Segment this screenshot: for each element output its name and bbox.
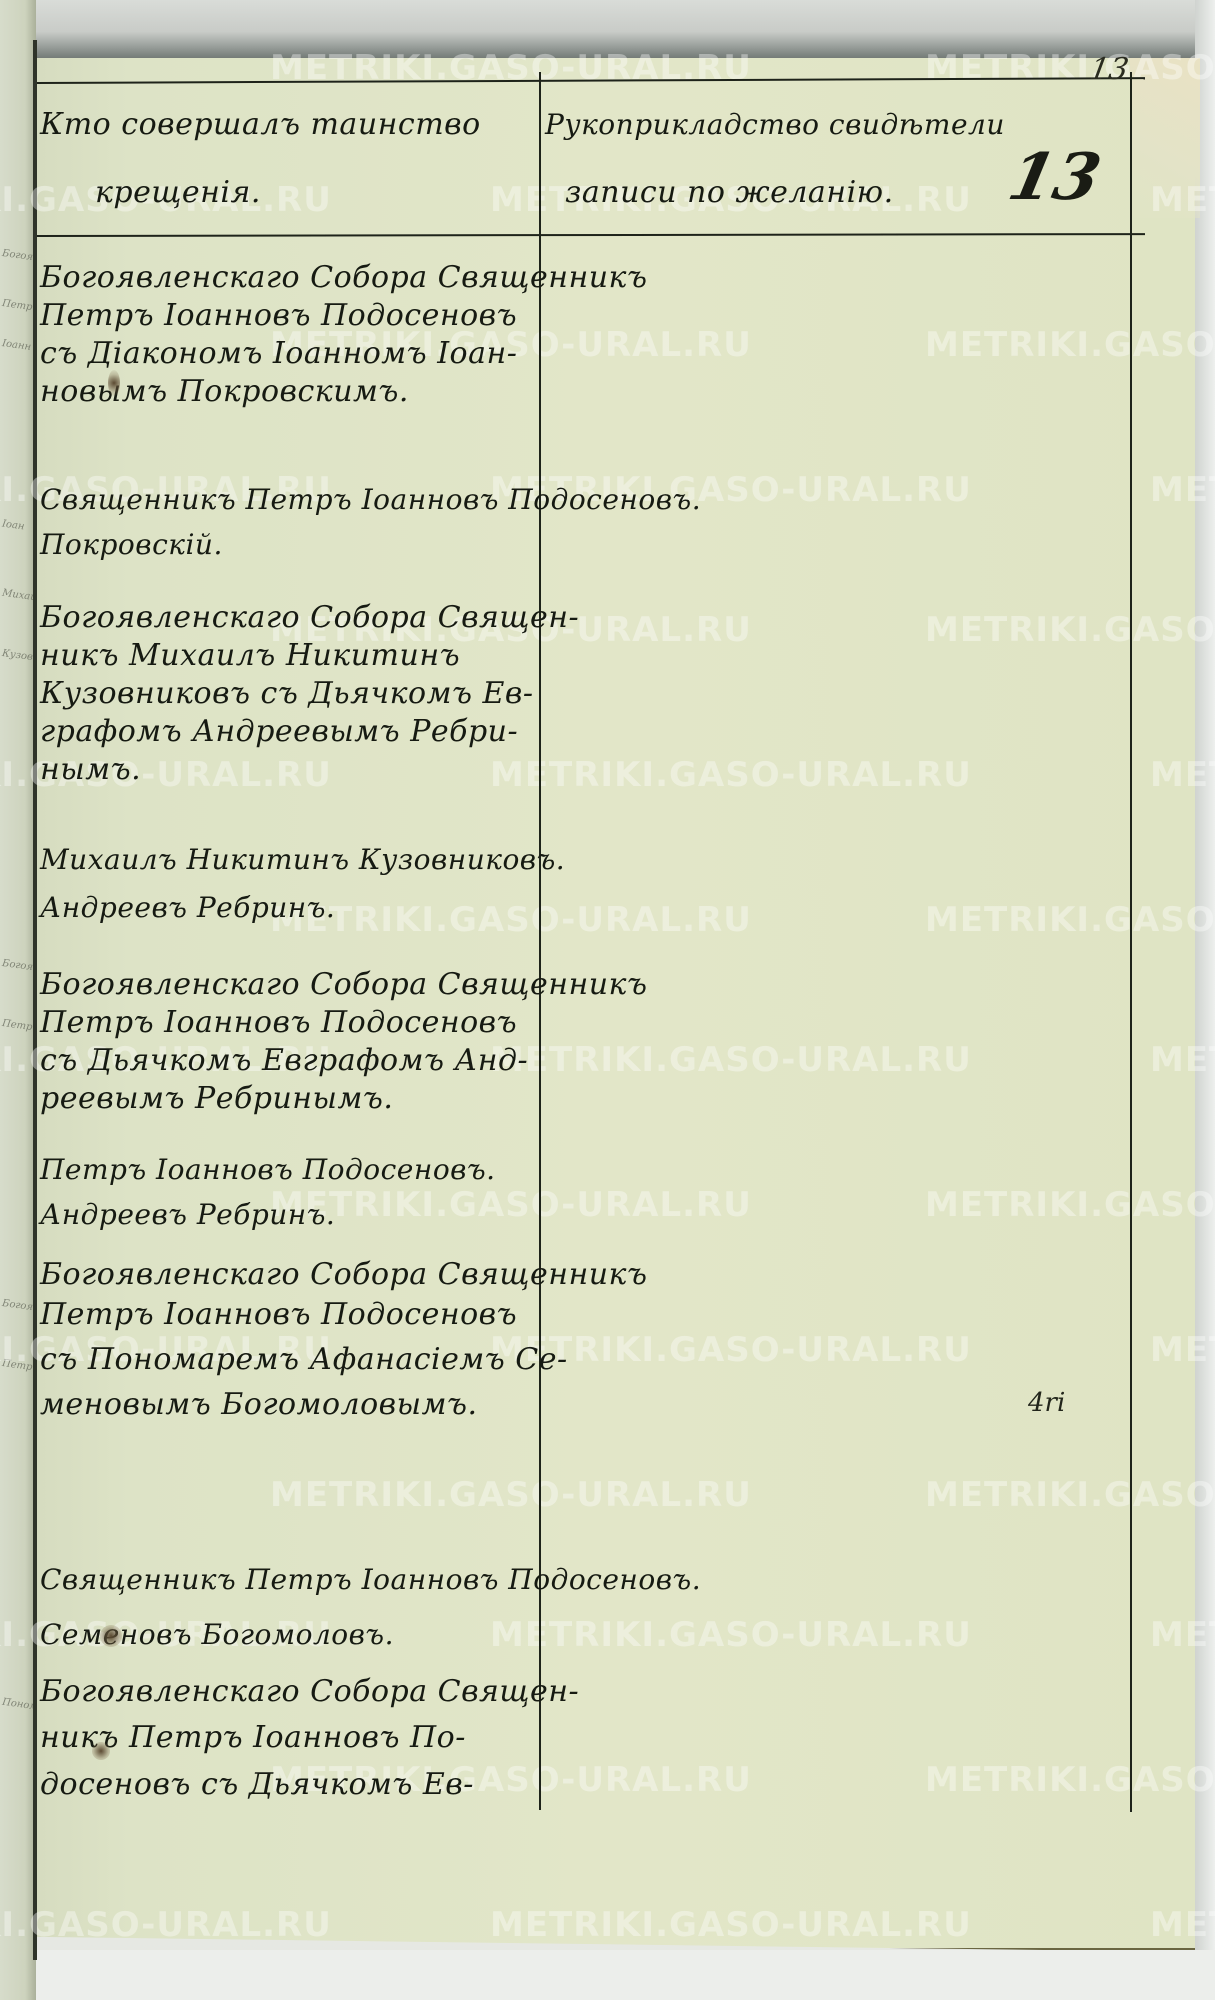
scan-right-background [1195,0,1215,2000]
entry-line: реевымъ Ребринымъ. [40,1079,393,1119]
header-col2-line1: Рукоприкладство свидѣтели [545,92,1005,158]
entry-line: съ Діакономъ Іоанномъ Іоан- [40,334,517,374]
header-col1-line2: крещенія. [95,160,261,226]
table-right-border [1130,72,1132,1812]
entry-line: новымъ Покровскимъ. [40,372,409,412]
facing-page-edge: Богоя Петр Іоанн Іоан Михаи Кузов Богоя … [0,0,36,2000]
entry-line: Петръ Іоанновъ Подосеновъ [40,296,517,336]
entry-line: меновымъ Богомоловымъ. [40,1385,477,1425]
entry-line: Богоявленскаго Собора Священникъ [40,965,647,1005]
folio-number: 13 [1087,52,1131,87]
signature-line: Андреевъ Ребринъ. [40,1195,335,1235]
binding-gutter [33,40,37,1960]
entry-line: Богоявленскаго Собора Священникъ [40,1255,647,1295]
ink-stain [92,1742,110,1760]
entry-line: съ Пономаремъ Афанасіемъ Се- [40,1340,568,1380]
witness-note: 4ri [1028,1388,1065,1418]
entry-line: Богоявленскаго Собора Священникъ [40,258,647,298]
entry-line: досеновъ съ Дьячкомъ Ев- [40,1765,474,1805]
entry-line: графомъ Андреевымъ Ребри- [40,712,518,752]
signature-line: Андреевъ Ребринъ. [40,888,335,928]
header-col2-line2: записи по желанію. [565,160,894,226]
signature-line: Покровскій. [40,525,223,565]
entry-line: никъ Михаилъ Никитинъ [40,636,460,676]
entry-line: Петръ Іоанновъ Подосеновъ [40,1295,517,1335]
signature-line: Священникъ Петръ Іоанновъ Подосеновъ. [40,1560,701,1600]
entry-line: Кузовниковъ съ Дьячкомъ Ев- [40,674,534,714]
signature-line: Священникъ Петръ Іоанновъ Подосеновъ. [40,480,701,520]
scan-bottom-background [36,1950,1215,2000]
entry-line: съ Дьячкомъ Евграфомъ Анд- [40,1041,528,1081]
ink-stain [108,370,120,396]
signature-line: Семеновъ Богомоловъ. [40,1615,394,1655]
header-col1-line1: Кто совершалъ таинство [40,92,481,158]
column-divider [539,72,541,1810]
page-corner-fold [1130,58,1200,218]
entry-line: Богоявленскаго Собора Священ- [40,598,579,638]
entry-line: Петръ Іоанновъ Подосеновъ [40,1003,517,1043]
entry-line: Богоявленскаго Собора Священ- [40,1672,579,1712]
entry-line: нымъ. [40,750,141,790]
signature-line: Петръ Іоанновъ Подосеновъ. [40,1150,496,1190]
signature-line: Михаилъ Никитинъ Кузовниковъ. [40,840,565,880]
ink-stain [100,1625,122,1647]
page-number: 13 [1002,140,1107,215]
